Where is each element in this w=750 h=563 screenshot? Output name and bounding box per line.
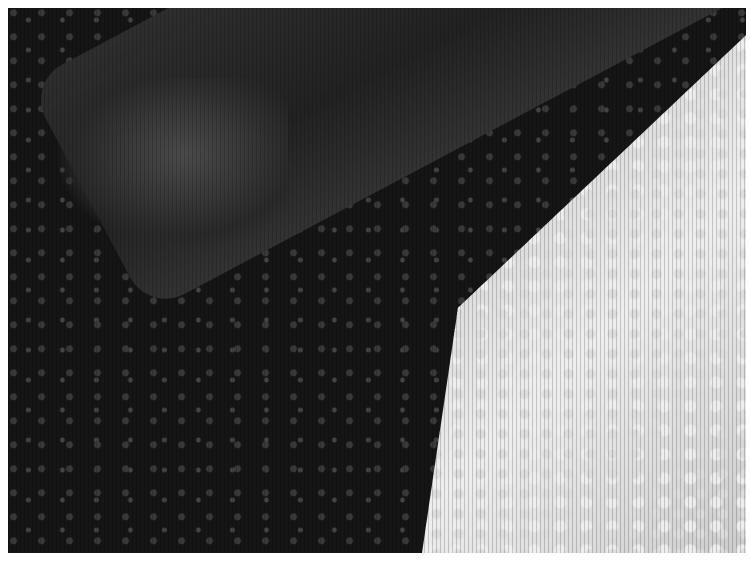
- scanline-noise: [8, 8, 746, 553]
- photo: [8, 8, 746, 553]
